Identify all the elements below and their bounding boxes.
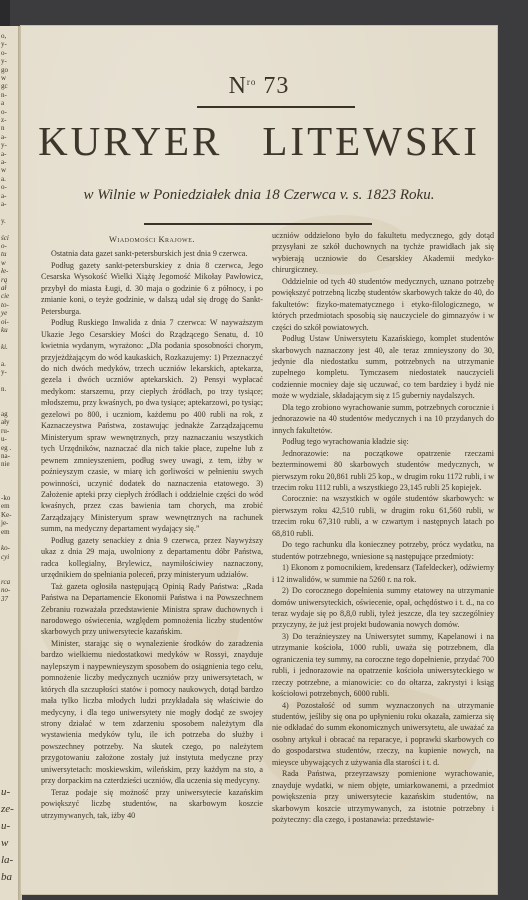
- dateline: w Wilnie w Poniedziałek dnia 18 Czerwca …: [20, 187, 498, 204]
- previous-page-text: w: [1, 259, 6, 267]
- previous-page-text: gc: [1, 82, 8, 90]
- previous-page-text: rą: [1, 276, 7, 284]
- previous-page-text: 37: [1, 595, 8, 603]
- paragraph: uczniów oddzielono było do fakultetu med…: [272, 230, 494, 276]
- paragraph: Podług tego wyrachowania kładzie się:: [272, 436, 494, 447]
- previous-page-text: ku: [1, 326, 8, 334]
- previous-page-text: o-: [1, 242, 7, 250]
- previous-page-text: -ko: [1, 494, 10, 502]
- previous-page-text: cie: [1, 292, 9, 300]
- paragraph: Teraz podaje się możność przy uniwersyte…: [41, 787, 263, 821]
- previous-page-text: n-: [1, 91, 7, 99]
- previous-page-text: ze-: [1, 803, 14, 816]
- previous-page-text: cyi: [1, 553, 9, 561]
- paragraph: 1) Ekonom z pomocnikiem, kredensarz (Taf…: [272, 562, 494, 585]
- previous-page-text: łe-: [1, 267, 8, 275]
- previous-page-text: u-: [1, 786, 10, 799]
- issue-label: N: [229, 73, 247, 99]
- issue-number-value: 73: [263, 73, 289, 99]
- previous-page-text: to-: [1, 301, 9, 309]
- previous-page-text: a-: [1, 150, 6, 158]
- previous-page-text: w: [1, 166, 6, 174]
- masthead-word-2: LITEWSKI: [262, 118, 480, 164]
- previous-page-text: w: [1, 74, 6, 82]
- previous-page-text: y-: [1, 57, 7, 65]
- previous-page-text: rca: [1, 578, 10, 586]
- previous-page-text: oi-: [1, 318, 9, 326]
- previous-page-text: a-: [1, 133, 6, 141]
- previous-page-text: a-: [1, 200, 6, 208]
- issue-sup: ro: [247, 77, 257, 87]
- paragraph: 4) Pozostałość od summ wyznaczonych na u…: [272, 700, 494, 769]
- previous-page-fragment: o,y-o-y-gowgcn-ao-z-na-y-a-a-wa.o-a-a-y.…: [0, 26, 19, 900]
- previous-page-text: tu: [1, 250, 6, 258]
- previous-page-text: Ke-: [1, 511, 12, 519]
- newspaper-page: Nro 73 KURYERLITEWSKI w Wilnie w Poniedz…: [20, 25, 498, 895]
- previous-page-text: n: [1, 124, 5, 132]
- previous-page-text: y-: [1, 141, 7, 149]
- section-title: Wiadomości Krajowe.: [41, 234, 263, 245]
- masthead-word-1: KURYER: [38, 118, 222, 164]
- previous-page-text: ki.: [1, 343, 8, 351]
- paragraph: Podług Ruskiego Inwalida z dnia 7 czerwc…: [41, 317, 263, 535]
- previous-page-text: nie: [1, 460, 10, 468]
- right-column: uczniów oddzielono było do fakultetu med…: [272, 230, 494, 826]
- paragraph: Podług Ustaw Uniwersytetu Kazańskiego, k…: [272, 333, 494, 402]
- previous-page-text: ba: [1, 871, 12, 884]
- previous-page-text: y.: [1, 217, 6, 225]
- previous-page-text: n.: [1, 385, 6, 393]
- previous-page-text: no-: [1, 586, 10, 594]
- previous-page-text: ko-: [1, 544, 10, 552]
- previous-page-text: a: [1, 99, 4, 107]
- paragraph: Rada Państwa, przeyrzawszy pomienione wy…: [272, 768, 494, 825]
- previous-page-text: ał: [1, 284, 6, 292]
- previous-page-text: ści: [1, 234, 9, 242]
- masthead-title: KURYERLITEWSKI: [20, 117, 498, 165]
- previous-page-text: na-: [1, 452, 10, 460]
- paragraph: Oddzielnie od tych 40 studentów medyczny…: [272, 276, 494, 333]
- previous-page-text: em: [1, 528, 10, 536]
- previous-page-text: u-: [1, 820, 10, 833]
- previous-page-text: go: [1, 66, 8, 74]
- previous-page-text: eg .: [1, 444, 11, 452]
- previous-page-text: ru-: [1, 427, 9, 435]
- previous-page-text: je-: [1, 519, 8, 527]
- previous-page-text: em: [1, 502, 10, 510]
- paragraph: Minister, starając się o wynalezienie śr…: [41, 638, 263, 787]
- issue-number: Nro 73: [20, 73, 498, 100]
- previous-page-text: a-: [1, 192, 6, 200]
- previous-page-text: ag: [1, 410, 8, 418]
- paragraph: Dla tego zrobiono wyrachowanie summ, pot…: [272, 402, 494, 436]
- paragraph: 2) Do corocznego dopełnienia summy etato…: [272, 585, 494, 631]
- header-rule-top: [197, 106, 355, 108]
- paragraph: Taż gazeta ogłosiła następującą Opinią R…: [41, 581, 263, 638]
- paragraph: Ostatnia data gazet sankt-petersburskich…: [41, 248, 263, 259]
- previous-page-text: a.: [1, 175, 6, 183]
- previous-page-text: o-: [1, 49, 7, 57]
- previous-page-text: a.: [1, 360, 6, 368]
- previous-page-text: o-: [1, 183, 7, 191]
- paragraph: Podług gazety sankt-petersburskiey z dni…: [41, 260, 263, 317]
- previous-page-text: u-: [1, 435, 7, 443]
- left-column: Wiadomości Krajowe. Ostatnia data gazet …: [41, 230, 263, 821]
- paragraph: Corocznie: na wszystkich w ogóle student…: [272, 493, 494, 539]
- previous-page-text: a-: [1, 158, 6, 166]
- previous-page-text: ały: [1, 418, 10, 426]
- previous-page-text: o-: [1, 108, 7, 116]
- header-rule-bottom: [144, 223, 372, 225]
- previous-page-text: w: [1, 837, 8, 850]
- previous-page-text: z-: [1, 116, 6, 124]
- paragraph: 3) Do teraźnieyszey na Uniwersytet summy…: [272, 631, 494, 700]
- previous-page-text: y-: [1, 40, 7, 48]
- previous-page-text: la-: [1, 854, 13, 867]
- paragraph: Podług gazety senackiey z dnia 9 czerwca…: [41, 535, 263, 581]
- previous-page-text: y-: [1, 368, 7, 376]
- previous-page-text: ye: [1, 309, 7, 317]
- previous-page-text: o,: [1, 32, 6, 40]
- paragraph: Do tego rachunku dla konieczney potrzeby…: [272, 539, 494, 562]
- paragraph: Jednorazowie: na początkowe opatrzenie r…: [272, 448, 494, 494]
